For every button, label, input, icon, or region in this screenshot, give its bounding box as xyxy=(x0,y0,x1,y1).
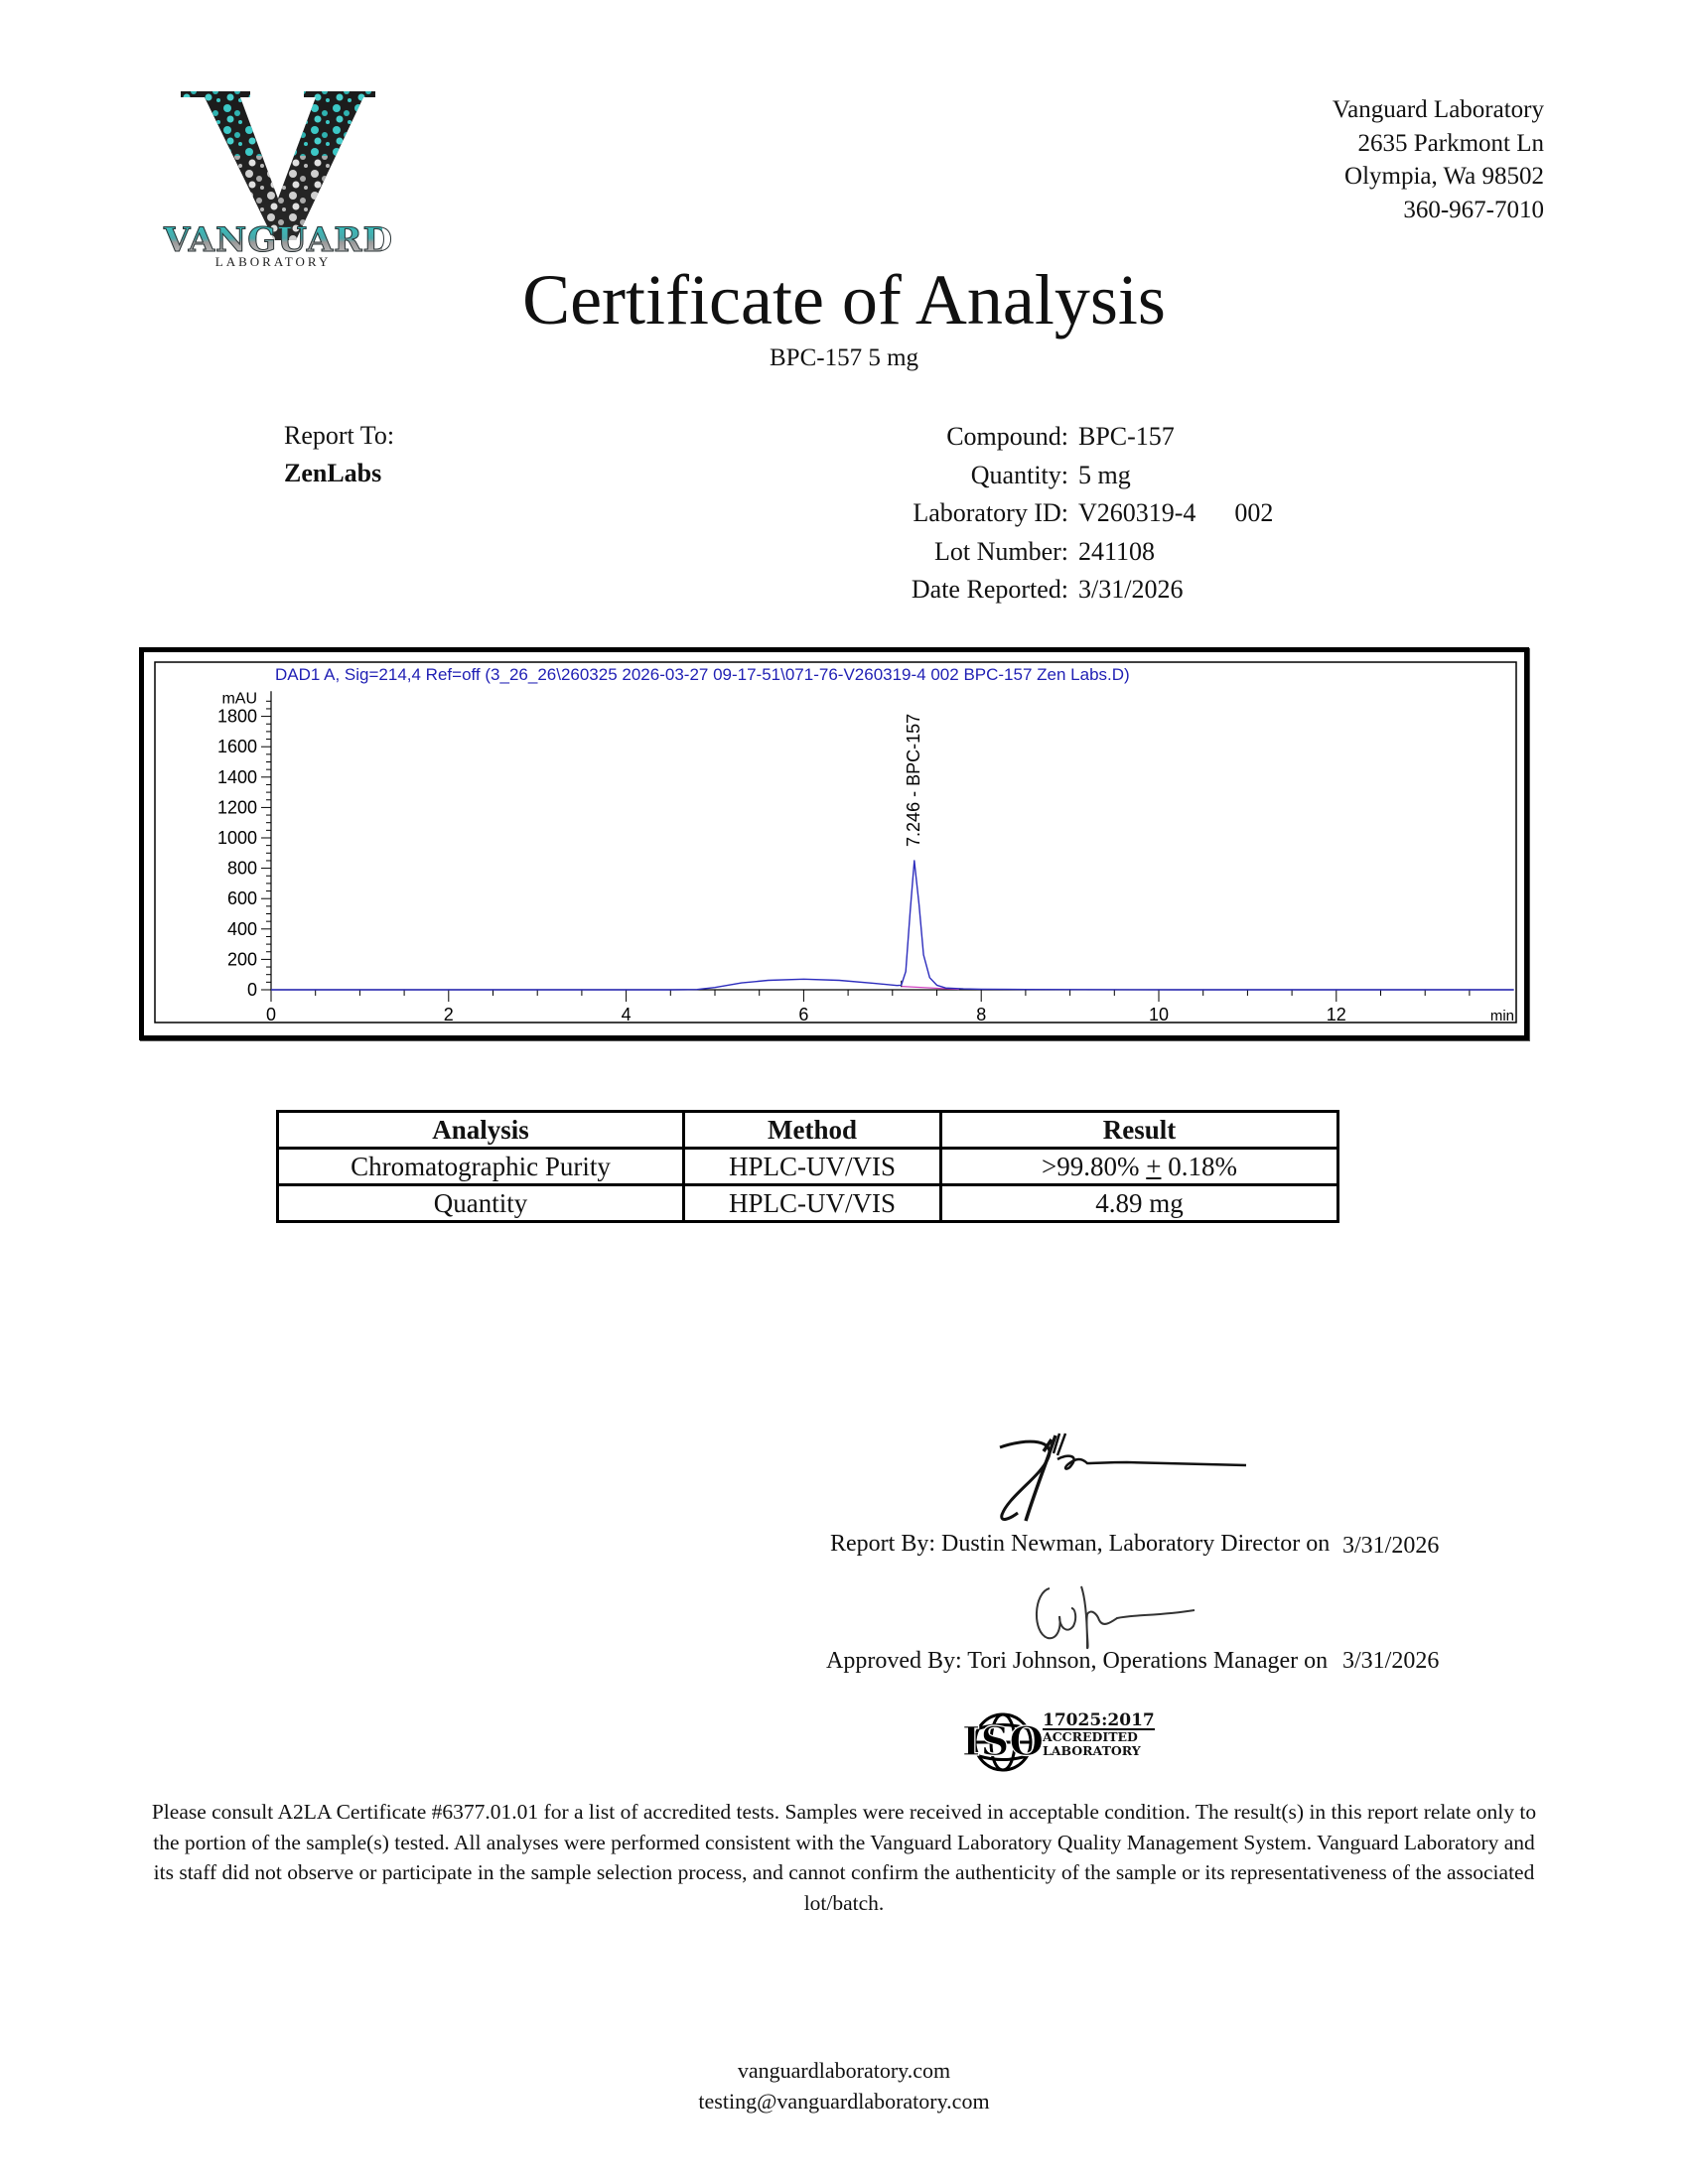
svg-text:DAD1 A, Sig=214,4 Ref=off (3_2: DAD1 A, Sig=214,4 Ref=off (3_26_26\26032… xyxy=(275,665,1130,684)
info-label: Compound: xyxy=(695,421,1078,460)
info-row-compound: Compound: BPC-157 xyxy=(695,421,1390,460)
svg-text:400: 400 xyxy=(227,919,257,939)
column-header-analysis: Analysis xyxy=(278,1112,684,1149)
plus-minus-symbol: + xyxy=(1146,1152,1161,1181)
page-title: Certificate of Analysis xyxy=(0,260,1688,340)
info-value: 5 mg xyxy=(1078,460,1131,498)
email-link[interactable]: testing@vanguardlaboratory.com xyxy=(0,2086,1688,2116)
lab-phone: 360-967-7010 xyxy=(1333,194,1544,227)
method-cell: HPLC-UV/VIS xyxy=(684,1185,941,1222)
svg-text:10: 10 xyxy=(1149,1005,1169,1024)
info-row-lab-id: Laboratory ID: V260319-4 002 xyxy=(695,497,1390,536)
table-row: Quantity HPLC-UV/VIS 4.89 mg xyxy=(278,1185,1338,1222)
info-row-quantity: Quantity: 5 mg xyxy=(695,460,1390,498)
svg-text:6: 6 xyxy=(798,1005,808,1024)
report-by-date: 3/31/2026 xyxy=(1342,1533,1439,1560)
svg-text:1000: 1000 xyxy=(217,828,257,848)
info-row-lot-number: Lot Number: 241108 xyxy=(695,536,1390,575)
svg-text:mAU: mAU xyxy=(221,690,257,707)
svg-text:1200: 1200 xyxy=(217,797,257,817)
svg-text:1600: 1600 xyxy=(217,737,257,756)
analysis-cell: Quantity xyxy=(278,1185,684,1222)
svg-text:800: 800 xyxy=(227,859,257,879)
info-value: BPC-157 xyxy=(1078,421,1175,460)
website-link[interactable]: vanguardlaboratory.com xyxy=(0,2055,1688,2086)
disclaimer-text: Please consult A2LA Certificate #6377.01… xyxy=(149,1797,1539,1918)
result-value: 4.89 mg xyxy=(1095,1188,1184,1218)
table-row: Chromatographic Purity HPLC-UV/VIS >99.8… xyxy=(278,1149,1338,1185)
svg-text:4: 4 xyxy=(622,1005,632,1024)
svg-text:2: 2 xyxy=(444,1005,454,1024)
svg-text:600: 600 xyxy=(227,888,257,908)
page-subtitle: BPC-157 5 mg xyxy=(0,344,1688,372)
report-to-label: Report To: xyxy=(284,421,394,451)
iso-accredited: ACCREDITED xyxy=(1043,1730,1155,1744)
info-value: 3/31/2026 xyxy=(1078,574,1183,613)
svg-text:1800: 1800 xyxy=(217,707,257,727)
approved-by-date: 3/31/2026 xyxy=(1342,1648,1439,1675)
chromatogram-frame: DAD1 A, Sig=214,4 Ref=off (3_26_26\26032… xyxy=(139,647,1529,1040)
svg-text:8: 8 xyxy=(976,1005,986,1024)
method-cell: HPLC-UV/VIS xyxy=(684,1149,941,1185)
info-row-date-reported: Date Reported: 3/31/2026 xyxy=(695,574,1390,613)
svg-text:12: 12 xyxy=(1327,1005,1346,1024)
svg-text:0: 0 xyxy=(247,980,257,1000)
footer: vanguardlaboratory.com testing@vanguardl… xyxy=(0,2055,1688,2116)
table-header-row: Analysis Method Result xyxy=(278,1112,1338,1149)
lab-city: Olympia, Wa 98502 xyxy=(1333,160,1544,194)
lab-street: 2635 Parkmont Ln xyxy=(1333,127,1544,161)
lab-address: Vanguard Laboratory 2635 Parkmont Ln Oly… xyxy=(1333,93,1544,226)
analysis-cell: Chromatographic Purity xyxy=(278,1149,684,1185)
results-table: Analysis Method Result Chromatographic P… xyxy=(276,1110,1339,1223)
result-cell: >99.80% + 0.18% xyxy=(941,1149,1338,1185)
svg-text:0: 0 xyxy=(266,1005,276,1024)
column-header-result: Result xyxy=(941,1112,1338,1149)
info-value: 241108 xyxy=(1078,536,1155,575)
result-value: >99.80% xyxy=(1042,1152,1146,1181)
svg-text:min: min xyxy=(1490,1008,1514,1024)
chromatogram-chart: DAD1 A, Sig=214,4 Ref=off (3_26_26\26032… xyxy=(144,652,1524,1035)
result-uncertainty: 0.18% xyxy=(1161,1152,1237,1181)
sample-info: Compound: BPC-157 Quantity: 5 mg Laborat… xyxy=(695,421,1390,613)
report-to-client: ZenLabs xyxy=(284,459,381,488)
info-label: Quantity: xyxy=(695,460,1078,498)
info-value: V260319-4 002 xyxy=(1078,497,1273,536)
svg-text:200: 200 xyxy=(227,949,257,969)
info-label: Laboratory ID: xyxy=(695,497,1078,536)
column-header-method: Method xyxy=(684,1112,941,1149)
approved-by-text: Approved By: Tori Johnson, Operations Ma… xyxy=(826,1648,1328,1675)
iso-laboratory: LABORATORY xyxy=(1043,1744,1155,1758)
svg-text:1400: 1400 xyxy=(217,767,257,787)
lab-name: Vanguard Laboratory xyxy=(1333,93,1544,127)
report-by-text: Report By: Dustin Newman, Laboratory Dir… xyxy=(830,1531,1330,1558)
result-cell: 4.89 mg xyxy=(941,1185,1338,1222)
director-signature-icon xyxy=(988,1420,1256,1529)
info-label: Lot Number: xyxy=(695,536,1078,575)
manager-signature-icon xyxy=(1028,1578,1206,1653)
iso-accreditation-text: 17025:2017 ACCREDITED LABORATORY xyxy=(1043,1713,1155,1758)
svg-text:7.246 - BPC-157: 7.246 - BPC-157 xyxy=(904,714,923,847)
info-label: Date Reported: xyxy=(695,574,1078,613)
svg-text:ISO: ISO xyxy=(962,1718,1044,1765)
iso-standard: 17025:2017 xyxy=(1043,1713,1155,1730)
